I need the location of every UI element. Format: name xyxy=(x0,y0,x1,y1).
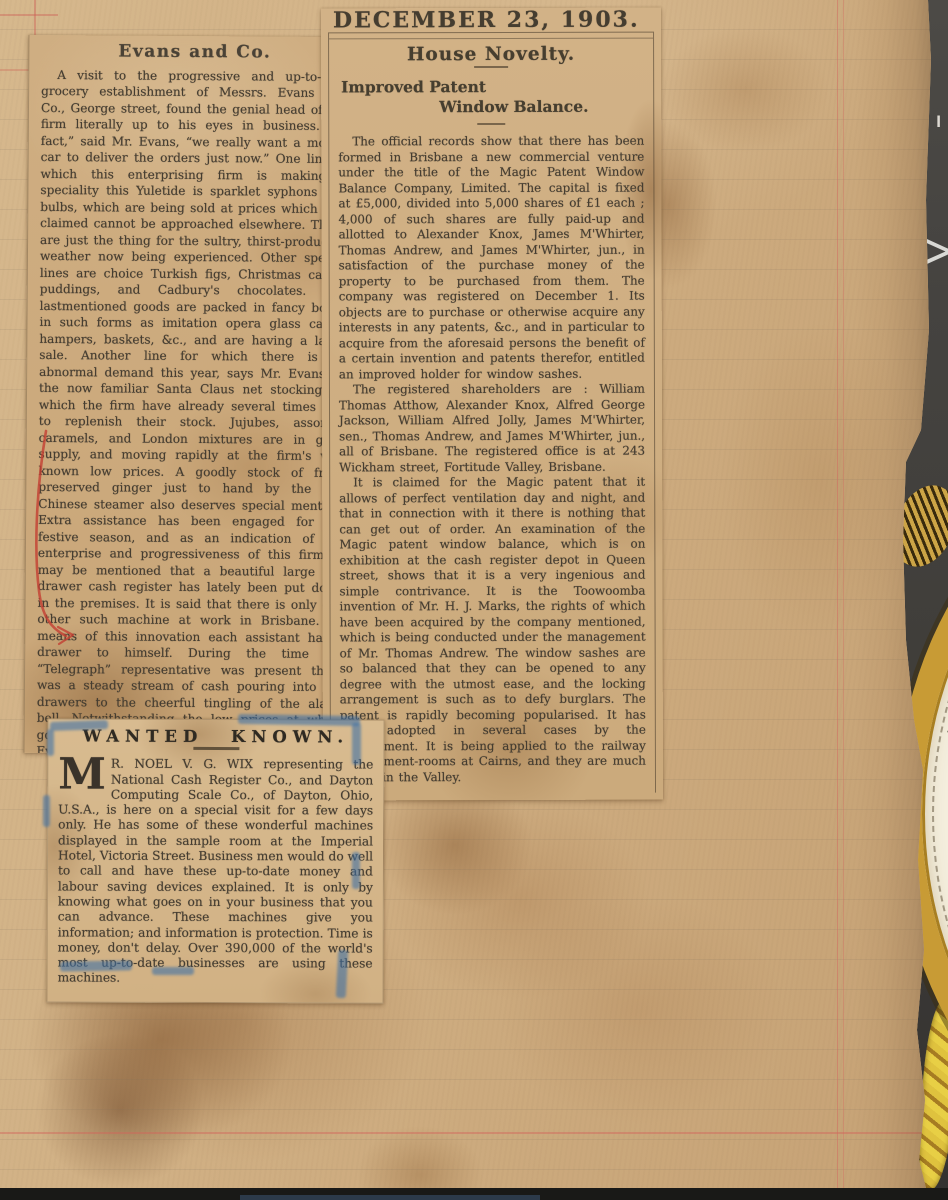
drop-cap: M xyxy=(58,757,111,792)
headline-rule xyxy=(193,747,239,750)
red-ruled-line xyxy=(0,14,58,16)
novelty-subheadline: Improved Patent Window Balance. xyxy=(329,77,653,118)
clipping-house-novelty: DECEMBER 23, 1903. House Novelty. Improv… xyxy=(321,8,663,801)
bottom-edge-sliver xyxy=(240,1195,540,1200)
clock-numeral: 20 xyxy=(944,715,948,744)
headline-rule xyxy=(474,66,508,68)
blue-crayon-mark xyxy=(43,795,50,827)
subheadline-rule xyxy=(477,123,505,125)
date-header: DECEMBER 23, 1903. xyxy=(321,8,661,32)
subheadline-line1: Improved Patent xyxy=(341,77,486,96)
blue-crayon-mark xyxy=(352,723,361,765)
novelty-headline: House Novelty. xyxy=(329,46,653,62)
blue-crayon-mark xyxy=(60,960,132,971)
subheadline-line2: Window Balance. xyxy=(341,97,653,118)
novelty-paragraph: The registered shareholders are : Willia… xyxy=(330,382,654,476)
wanted-body-text: MR. NOEL V. G. WIX representing the Nati… xyxy=(58,757,374,988)
scrapbook-page-photo: HI > 10 III 20 Evans and Co. A visit to … xyxy=(0,0,948,1200)
blue-crayon-mark xyxy=(238,714,360,726)
red-pen-mark xyxy=(28,425,92,657)
blue-crayon-mark xyxy=(47,729,54,756)
blue-crayon-mark xyxy=(152,967,194,975)
wanted-headline: WANTED KNOWN. xyxy=(58,728,373,744)
blue-crayon-mark xyxy=(352,852,360,889)
ledger-paper: Evans and Co. A visit to the progressive… xyxy=(0,0,934,1188)
evans-headline: Evans and Co. xyxy=(41,43,348,62)
novelty-paragraph: The official records show that there has… xyxy=(329,134,654,383)
article-column-box: House Novelty. Improved Patent Window Ba… xyxy=(328,31,656,793)
